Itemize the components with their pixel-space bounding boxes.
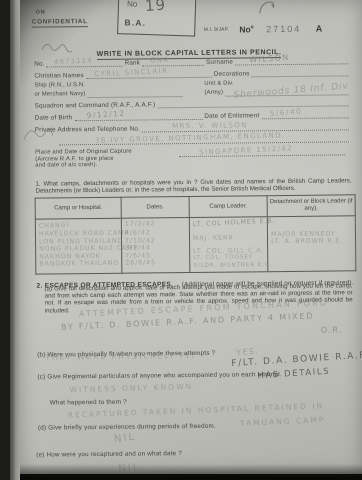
dob-field: 9/12/12 <box>74 111 202 121</box>
ship-label-line2: or Merchant Navy) <box>34 91 85 98</box>
surname-field: WILSON <box>235 55 348 65</box>
section2c-question: (c) Give Regimental particulars of anyon… <box>37 371 282 381</box>
photo-dark-background <box>0 0 10 480</box>
decorations-field <box>252 67 349 77</box>
mi-label: M.I. 9/JAP. <box>204 28 229 33</box>
ba-stamp-box: No 19 B.A. <box>117 0 196 37</box>
serial-number: 27104 <box>266 24 301 34</box>
row-no-rank-surname: No. 4973114 Rank GNR. Surname WILSON <box>34 55 350 67</box>
no-label: No. <box>34 60 44 68</box>
date-entry: 26/8/45 <box>125 259 186 267</box>
address-value-line2: 38 IVY GROVE, NOTTINGHAM, ENGLAND. <box>95 131 286 144</box>
ship-label-block: Ship (R.N., U.S.N. or Merchant Navy) <box>34 81 184 98</box>
col-header-leader: Camp Leader. <box>189 196 267 218</box>
capture-field: SINGAPORE 15/2/42 <box>179 146 345 157</box>
date-entry: 17/2/42 <box>125 220 186 228</box>
surname-value: WILSON <box>249 53 290 65</box>
dob-value: 9/12/12 <box>86 109 125 120</box>
ba-no-label: No <box>127 0 138 9</box>
section2e-question: (e) How were you recaptured and on what … <box>36 450 182 459</box>
serial-no-label: No <box>239 24 250 34</box>
enlist-value: 5/6/40 <box>269 107 302 119</box>
row-squadron: Squadron and Command (R.A.F., A.A.F.) <box>35 97 351 109</box>
ba-no-value: 19 <box>144 0 166 15</box>
confidential-stamp: CONFIDENTIAL <box>32 18 88 27</box>
rank-value: GNR. <box>150 56 173 64</box>
capture-label-line3: and date of a/c crash). <box>35 161 175 169</box>
leader-entry: S/LDR. WONTNER K.C. <box>193 262 264 270</box>
col-header-block-leader: Detachment or Block Leader (if any). <box>267 195 355 217</box>
row-address: Private Address and Telephone No. MRS. V… <box>35 121 351 133</box>
camps-table-body-row: CHANGI HAVELOCK ROAD CAMP LON PLING THAI… <box>35 216 356 274</box>
what-happened-answer-line2: TAMUANG CAMP <box>240 415 326 428</box>
corner-note: ON <box>36 10 46 18</box>
unit-field: Sherwoods 18 Inf. Div <box>225 86 348 96</box>
section2d-question: (d) Give briefly your experiences during… <box>38 423 216 432</box>
ship-field <box>88 88 183 98</box>
row-address-2: 38 IVY GROVE, NOTTINGHAM, ENGLAND. <box>35 133 351 145</box>
no-field: 4973114 <box>47 58 123 68</box>
section2d-answer: NIL <box>114 431 137 444</box>
camp-entry: CHANGI <box>39 219 118 230</box>
form-sheet: ON CONFIDENTIAL No 19 B.A. M.I. 9/JAP. N… <box>20 0 362 474</box>
capture-label-block: Place and Date of Original Capture (Airc… <box>35 148 175 169</box>
section2b-answer: YES. <box>235 347 259 358</box>
block-leader-entry: LT. A. BROWN R.E. <box>271 238 352 246</box>
dob-label: Date of Birth <box>35 114 73 122</box>
row-christian-decorations: Christian Names CYRIL SINCLAIR Decoratio… <box>34 67 350 79</box>
camp-entry: BANGKOK THAILAND <box>39 260 118 268</box>
address-field-line2: 38 IVY GROVE, NOTTINGHAM, ENGLAND. <box>59 133 349 145</box>
what-happened-question: What happened to them ? <box>50 399 127 407</box>
squadron-field <box>157 97 348 108</box>
christian-names-label: Christian Names <box>34 72 84 80</box>
surname-label: Surname <box>206 58 233 66</box>
serial-suffix: A <box>316 24 323 34</box>
address-field-line1: MRS. V. WILSON <box>142 121 349 132</box>
christian-names-field: CYRIL SINCLAIR <box>86 69 212 79</box>
address-label: Private Address and Telephone No. <box>35 125 140 134</box>
christian-names-value: CYRIL SINCLAIR <box>94 67 168 78</box>
section2b-note: THEY WERE PHYSICALLY FIT <box>45 351 197 362</box>
ba-label: B.A. <box>124 17 146 28</box>
camps-table: Camp or Hospital. Dates. Camp Leader. De… <box>35 194 357 274</box>
col-header-camp: Camp or Hospital. <box>35 197 121 219</box>
col-header-dates: Dates. <box>121 197 189 219</box>
serial-line: M.I. 9/JAP. Noo 27104 A <box>204 18 354 38</box>
enlist-field: 5/6/40 <box>261 109 348 119</box>
rank-label: Rank <box>125 59 141 67</box>
document-photo: ON CONFIDENTIAL No 19 B.A. M.I. 9/JAP. N… <box>0 0 362 480</box>
pencil-curl <box>256 0 282 15</box>
leader-entry: MAJ. KERR <box>193 235 264 243</box>
section2e-answer: NIL. <box>118 462 146 475</box>
section2c-answer: WITNESS ONLY KNOWN. <box>69 382 197 395</box>
escape-answer-line3: O.R. <box>321 325 343 334</box>
address-value-line1: MRS. V. WILSON <box>172 121 248 130</box>
leader-cell: LT. COL HOLMES E.B. MAJ. KERR LT. COL. G… <box>189 217 268 273</box>
camp-cell: CHANGI HAVELOCK ROAD CAMP LON PLING THAI… <box>35 218 122 274</box>
block-leader-cell: MAJOR KENNEDY LT. A. BROWN R.E. <box>267 216 356 272</box>
enlist-label: Date of Enlistment <box>204 112 259 120</box>
capture-value: SINGAPORE 15/2/42 <box>199 144 293 156</box>
dates-cell: 17/2/42 4/6/42 7/10/42 3/1/44 7/6/45 26/… <box>121 218 190 274</box>
squadron-label: Squadron and Command (R.A.F., A.A.F.) <box>35 101 156 110</box>
section1-question: 1. What camps, detachments or hospitals … <box>35 177 351 195</box>
leader-entry: LT. COL HOLMES E.B. <box>193 218 264 229</box>
unit-label-block: Unit & Div. (Army) Sherwoods 18 Inf. Div <box>204 79 350 96</box>
decorations-label: Decorations <box>214 70 250 78</box>
capture-field-wrap: SINGAPORE 15/2/42 <box>177 146 347 157</box>
no-value: 4973114 <box>54 56 93 66</box>
unit-label-line2: (Army) <box>204 90 223 97</box>
rank-field: GNR. <box>142 57 204 67</box>
row-dob-enlist: Date of Birth 9/12/12 Date of Enlistment… <box>35 109 351 121</box>
